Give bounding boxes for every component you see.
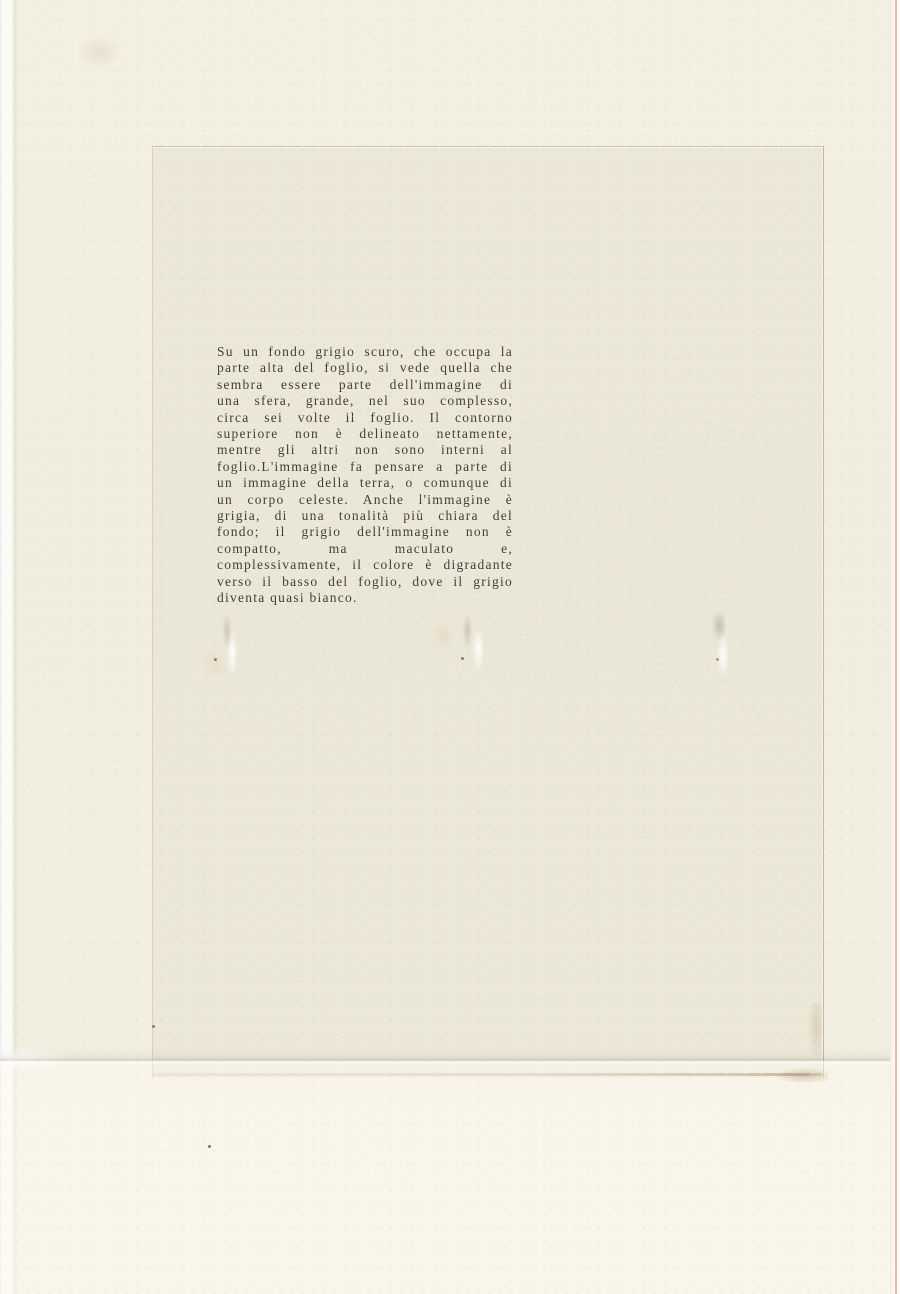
text-line: sembra essere parte dell'immagine di — [217, 377, 513, 393]
typewritten-paragraph: Su un fondo grigio scuro, che occupa lap… — [217, 344, 513, 607]
text-line: complessivamente, il colore è digradante — [217, 557, 513, 573]
text-line: grigia, di una tonalità più chiara del — [217, 508, 513, 524]
text-line: un corpo celeste. Anche l'immagine è — [217, 492, 513, 508]
text-line: verso il basso del foglio, dove il grigi… — [217, 574, 513, 590]
adhesive-stain-right-edge — [808, 1002, 822, 1062]
paper-speck — [208, 1145, 211, 1148]
text-line: compatto, ma maculato e, — [217, 541, 513, 557]
text-line: una sfera, grande, nel suo complesso, — [217, 393, 513, 409]
paper-speck — [152, 1025, 155, 1028]
paper-speck — [461, 657, 464, 660]
paper-speck — [214, 658, 217, 661]
overlay-sheet-bottom-edge — [152, 1073, 822, 1076]
text-line: Su un fondo grigio scuro, che occupa la — [217, 344, 513, 360]
text-line: circa sei volte il foglio. Il contorno — [217, 410, 513, 426]
text-line: un immagine della terra, o comunque di — [217, 475, 513, 491]
paper-smudge — [78, 36, 120, 68]
scanned-page: Su un fondo grigio scuro, che occupa lap… — [0, 0, 900, 1294]
paper-speck — [716, 658, 719, 661]
translucent-overlay-sheet — [152, 146, 824, 1078]
paper-edge-pink-line — [895, 0, 897, 1294]
lower-paper-region — [0, 1063, 900, 1294]
text-line: foglio.L'immagine fa pensare a parte di — [217, 459, 513, 475]
text-line: parte alta del foglio, si vede quella ch… — [217, 360, 513, 376]
fold-crease — [0, 1048, 900, 1064]
text-line: fondo; il grigio dell'immagine non è — [217, 524, 513, 540]
text-line: superiore non è delineato nettamente, — [217, 426, 513, 442]
text-line: mentre gli altri non sono interni al — [217, 442, 513, 458]
adhesive-stain-bottom-corner — [776, 1068, 828, 1082]
text-line: diventa quasi bianco. — [217, 590, 513, 606]
